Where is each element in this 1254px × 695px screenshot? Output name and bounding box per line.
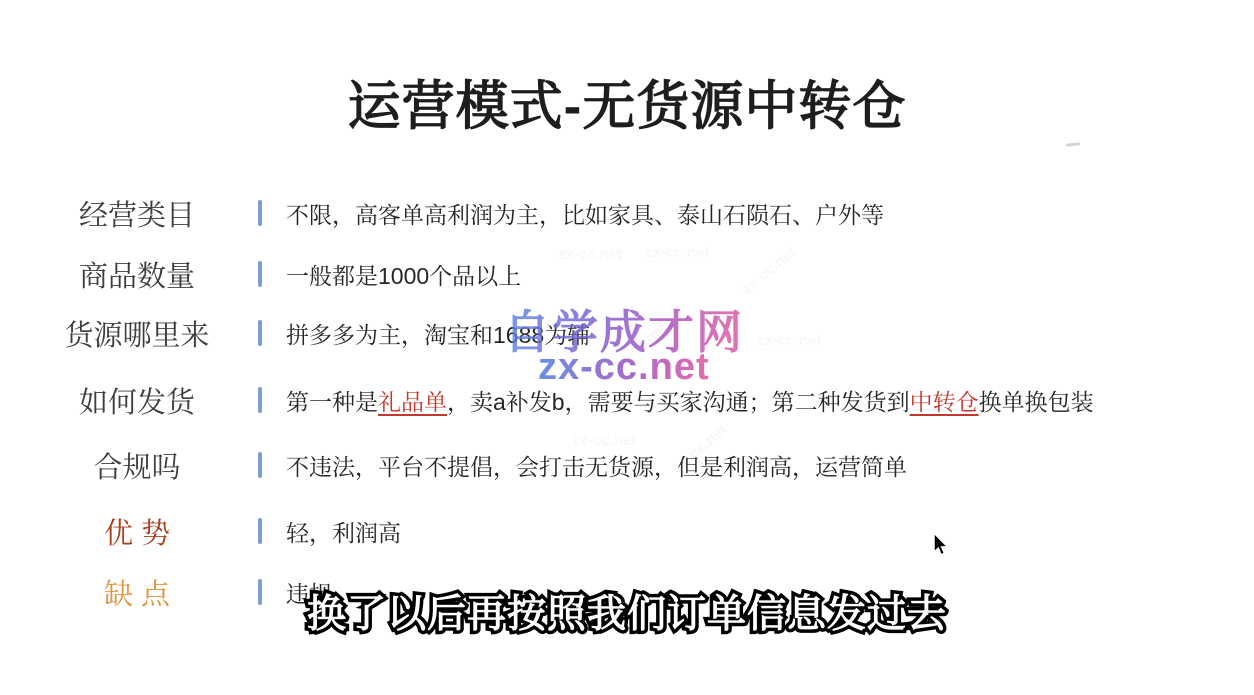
row-separator-bar bbox=[258, 452, 262, 478]
row-text: 不限，高客单高利润为主，比如家具、泰山石陨石、户外等 bbox=[286, 197, 884, 230]
highlighted-term: 礼品单 bbox=[378, 389, 447, 415]
faint-watermark: zx-cc.net bbox=[610, 319, 670, 373]
row-text: 一般都是1000个品以上 bbox=[286, 258, 521, 291]
page-title: 运营模式-无货源中转仓 bbox=[0, 64, 1254, 140]
info-row: 商品数量 一般都是1000个品以上 bbox=[28, 252, 521, 296]
row-separator-bar bbox=[258, 261, 262, 287]
faint-watermark: zx-cc.net bbox=[739, 243, 799, 297]
info-row: 如何发货 第一种是礼品单，卖a补发b，需要与买家沟通；第二种发货到中转仓换单换包… bbox=[28, 378, 1094, 422]
highlighted-term: 中转仓 bbox=[910, 389, 979, 415]
info-row: 经营类目 不限，高客单高利润为主，比如家具、泰山石陨石、户外等 bbox=[28, 191, 884, 235]
faint-watermark: zx-cc.net bbox=[558, 246, 622, 263]
row-label: 货源哪里来 bbox=[28, 313, 246, 354]
row-separator-bar bbox=[258, 518, 262, 544]
row-label: 商品数量 bbox=[28, 254, 246, 295]
faint-watermark: zx-cc.net bbox=[645, 244, 709, 261]
smudge-artifact bbox=[1066, 142, 1080, 146]
row-separator-bar bbox=[258, 320, 262, 346]
video-subtitle-text: 换了以后再按照我们订单信息发过去 bbox=[0, 594, 1254, 637]
row-label: 合规吗 bbox=[28, 445, 246, 486]
faint-watermark: zx-cc.net bbox=[757, 332, 821, 349]
row-separator-bar bbox=[258, 200, 262, 226]
video-subtitle: 换了以后再按照我们订单信息发过去 换了以后再按照我们订单信息发过去 bbox=[0, 594, 1254, 637]
row-text: 轻，利润高 bbox=[286, 515, 401, 548]
row-label: 经营类目 bbox=[28, 193, 246, 234]
row-text: 拼多多为主，淘宝和1688为辅 bbox=[286, 317, 590, 350]
slide: 运营模式-无货源中转仓 zx-cc.netzx-cc.netzx-cc.netz… bbox=[0, 0, 1254, 695]
row-text: 不违法，平台不提倡，会打击无货源，但是利润高，运营简单 bbox=[286, 449, 907, 482]
info-row: 货源哪里来 拼多多为主，淘宝和1688为辅 bbox=[28, 311, 590, 355]
mouse-cursor-icon bbox=[934, 534, 948, 555]
row-label: 如何发货 bbox=[28, 380, 246, 421]
row-label: 优 势 bbox=[28, 511, 246, 552]
info-row: 合规吗 不违法，平台不提倡，会打击无货源，但是利润高，运营简单 bbox=[28, 443, 907, 487]
row-separator-bar bbox=[258, 387, 262, 413]
row-text: 第一种是礼品单，卖a补发b，需要与买家沟通；第二种发货到中转仓换单换包装 bbox=[286, 384, 1094, 417]
info-row: 优 势 轻，利润高 bbox=[28, 509, 401, 553]
